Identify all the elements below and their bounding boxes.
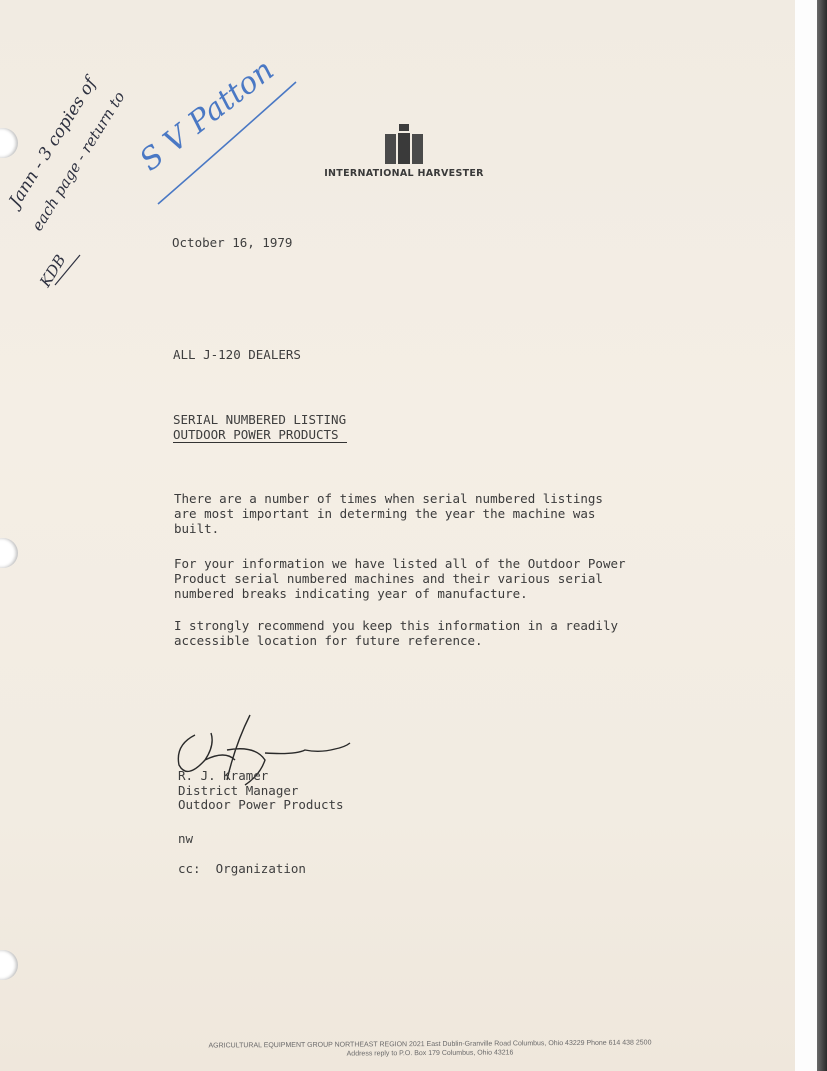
scan-edge — [817, 0, 827, 1071]
signer-department: Outdoor Power Products — [178, 797, 344, 812]
subject-line: OUTDOOR POWER PRODUCTS — [173, 427, 347, 442]
scan-margin — [795, 0, 817, 1071]
cc-label: cc: — [178, 861, 201, 876]
body-paragraph: I strongly recommend you keep this infor… — [174, 618, 618, 648]
company-name: INTERNATIONAL HARVESTER — [318, 168, 490, 179]
body-paragraph: For your information we have listed all … — [174, 556, 626, 601]
letterhead: INTERNATIONAL HARVESTER — [318, 124, 490, 179]
cc-value: Organization — [216, 861, 306, 876]
letter-date: October 16, 1979 — [172, 235, 292, 250]
subject-line-underlined: OUTDOOR POWER PRODUCTS — [173, 427, 347, 443]
cc-line: cc: Organization — [178, 861, 306, 876]
signer-title: District Manager — [178, 783, 298, 798]
subject-line: SERIAL NUMBERED LISTING — [173, 412, 346, 427]
signer-name: R. J. Kramer — [178, 768, 268, 783]
handwritten-note-line: KDB — [36, 252, 70, 291]
body-paragraph: There are a number of times when serial … — [174, 491, 603, 536]
ih-logo-icon — [385, 124, 423, 164]
typist-initials: nw — [178, 831, 193, 846]
handwritten-annotations: Jann - 3 copies of each page - return to… — [0, 0, 330, 300]
addressee: ALL J-120 DEALERS — [173, 347, 301, 362]
